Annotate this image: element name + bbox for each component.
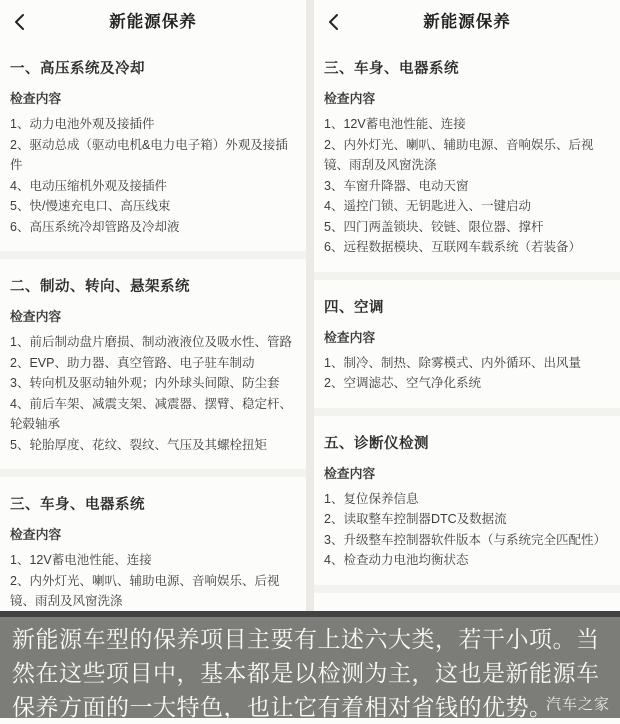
checklist-item: 3、车窗升降器、电动天窗 bbox=[324, 176, 610, 197]
section-heading: 二、制动、转向、悬架系统 bbox=[10, 275, 296, 296]
section-subheading: 检查内容 bbox=[10, 306, 296, 325]
section-heading: 三、车身、电器系统 bbox=[324, 57, 610, 78]
watermark-autohome: 汽车之家 bbox=[546, 693, 610, 714]
back-chevron-icon bbox=[12, 13, 28, 31]
maintenance-section: 三、车身、电器系统检查内容1、12V蓄电池性能、连接2、内外灯光、喇叭、辅助电源… bbox=[0, 493, 306, 611]
section-heading: 四、空调 bbox=[324, 296, 610, 317]
checklist-item: 5、四门两盖锁块、铰链、限位器、撑杆 bbox=[324, 217, 610, 238]
section-subheading: 检查内容 bbox=[324, 327, 610, 346]
section-subheading: 检查内容 bbox=[10, 88, 296, 107]
checklist-item: 2、EVP、助力器、真空管路、电子驻车制动 bbox=[10, 353, 296, 374]
checklist-item: 5、快/慢速充电口、高压线束 bbox=[10, 196, 296, 217]
screen-right: 新能源保养 三、车身、电器系统检查内容1、12V蓄电池性能、连接2、内外灯光、喇… bbox=[314, 0, 620, 611]
checklist-item: 2、读取整车控制器DTC及数据流 bbox=[324, 509, 610, 530]
section-heading: 三、车身、电器系统 bbox=[10, 493, 296, 514]
checklist-item: 3、升级整车控制器软件版本（与系统完全匹配性） bbox=[324, 530, 610, 551]
section-heading: 六、车辆路试 bbox=[324, 609, 610, 612]
app-header-right: 新能源保养 bbox=[314, 0, 620, 41]
summary-text: 新能源车型的保养项目主要有上述六大类，若干小项。当然在这些项目中，基本都是以检测… bbox=[0, 617, 620, 718]
checklist-item: 1、复位保养信息 bbox=[324, 489, 610, 510]
app-header-left: 新能源保养 bbox=[0, 0, 306, 41]
section-subheading: 检查内容 bbox=[10, 524, 296, 543]
back-button[interactable] bbox=[12, 11, 34, 33]
page-title: 新能源保养 bbox=[0, 11, 306, 33]
maintenance-section: 三、车身、电器系统检查内容1、12V蓄电池性能、连接2、内外灯光、喇叭、辅助电源… bbox=[314, 57, 620, 258]
maintenance-section: 一、高压系统及冷却检查内容1、动力电池外观及接插件2、驱动总成（驱动电机&电力电… bbox=[0, 57, 306, 237]
checklist-item: 1、前后制动盘片磨损、制动液液位及吸水性、管路 bbox=[10, 332, 296, 353]
checklist-item: 4、前后车架、减震支架、减震器、摆臂、稳定杆、轮毂轴承 bbox=[10, 394, 296, 435]
screen-left: 新能源保养 一、高压系统及冷却检查内容1、动力电池外观及接插件2、驱动总成（驱动… bbox=[0, 0, 306, 611]
checklist-left: 一、高压系统及冷却检查内容1、动力电池外观及接插件2、驱动总成（驱动电机&电力电… bbox=[0, 57, 306, 611]
checklist-item: 2、内外灯光、喇叭、辅助电源、音响娱乐、后视镜、雨刮及风窗洗涤 bbox=[10, 571, 296, 612]
checklist-item: 4、检查动力电池均衡状态 bbox=[324, 550, 610, 571]
checklist-item: 1、12V蓄电池性能、连接 bbox=[10, 550, 296, 571]
section-divider bbox=[314, 408, 620, 416]
checklist-item: 1、12V蓄电池性能、连接 bbox=[324, 114, 610, 135]
section-subheading: 检查内容 bbox=[324, 88, 610, 107]
checklist-item: 3、转向机及驱动轴外观；内外球头间隙、防尘套 bbox=[10, 373, 296, 394]
checklist-item: 6、高压系统冷却管路及冷却液 bbox=[10, 217, 296, 238]
checklist-item: 5、轮胎厚度、花纹、裂纹、气压及其螺栓扭矩 bbox=[10, 435, 296, 456]
checklist-item: 2、空调滤芯、空气净化系统 bbox=[324, 373, 610, 394]
maintenance-section: 二、制动、转向、悬架系统检查内容1、前后制动盘片磨损、制动液液位及吸水性、管路2… bbox=[0, 275, 306, 455]
maintenance-section: 六、车辆路试检查内容1、噪音、震动等综合检测2、稳定性、平衡性检测 bbox=[314, 609, 620, 612]
checklist-item: 4、电动压缩机外观及接插件 bbox=[10, 176, 296, 197]
checklist-item: 6、远程数据模块、互联网车载系统（若装备） bbox=[324, 237, 610, 258]
checklist-item: 4、遥控门锁、无钥匙进入、一键启动 bbox=[324, 196, 610, 217]
screenshot-pair: 新能源保养 一、高压系统及冷却检查内容1、动力电池外观及接插件2、驱动总成（驱动… bbox=[0, 0, 620, 611]
checklist-item: 1、动力电池外观及接插件 bbox=[10, 114, 296, 135]
section-divider bbox=[314, 585, 620, 593]
screens-divider bbox=[306, 0, 314, 611]
summary-bar: 新能源车型的保养项目主要有上述六大类，若干小项。当然在这些项目中，基本都是以检测… bbox=[0, 617, 620, 718]
section-divider bbox=[0, 251, 306, 259]
section-heading: 一、高压系统及冷却 bbox=[10, 57, 296, 78]
back-button[interactable] bbox=[326, 11, 348, 33]
section-divider bbox=[0, 469, 306, 477]
checklist-right: 三、车身、电器系统检查内容1、12V蓄电池性能、连接2、内外灯光、喇叭、辅助电源… bbox=[314, 57, 620, 611]
back-chevron-icon bbox=[326, 13, 342, 31]
section-subheading: 检查内容 bbox=[324, 463, 610, 482]
checklist-item: 1、制冷、制热、除雾模式、内外循环、出风量 bbox=[324, 353, 610, 374]
page-title: 新能源保养 bbox=[314, 11, 620, 33]
maintenance-section: 五、诊断仪检测检查内容1、复位保养信息2、读取整车控制器DTC及数据流3、升级整… bbox=[314, 432, 620, 571]
section-divider bbox=[314, 272, 620, 280]
section-heading: 五、诊断仪检测 bbox=[324, 432, 610, 453]
checklist-item: 2、驱动总成（驱动电机&电力电子箱）外观及接插件 bbox=[10, 135, 296, 176]
maintenance-section: 四、空调检查内容1、制冷、制热、除雾模式、内外循环、出风量2、空调滤芯、空气净化… bbox=[314, 296, 620, 394]
checklist-item: 2、内外灯光、喇叭、辅助电源、音响娱乐、后视镜、雨刮及风窗洗涤 bbox=[324, 135, 610, 176]
